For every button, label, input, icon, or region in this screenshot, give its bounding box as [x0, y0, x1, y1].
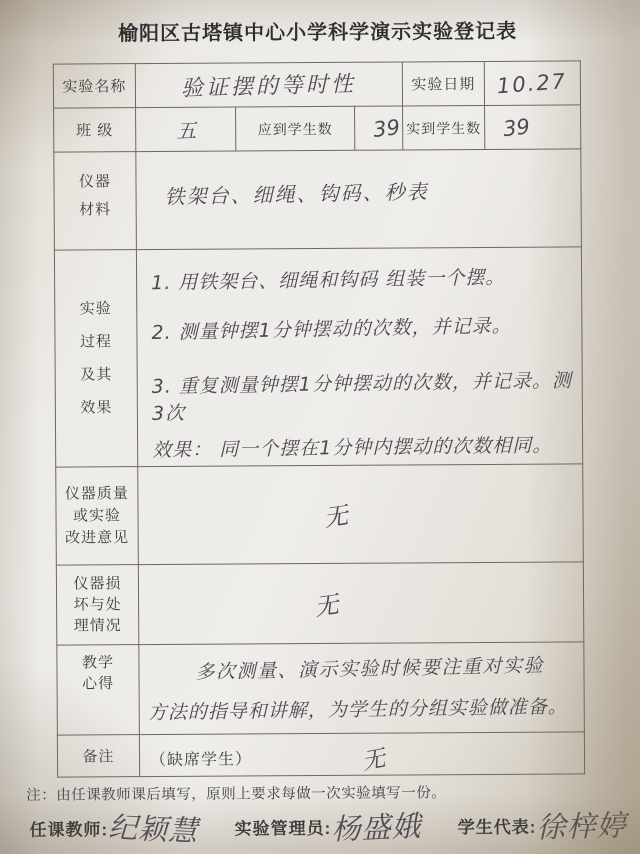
form-title: 榆阳区古塔镇中心小学科学演示实验登记表: [0, 14, 638, 47]
teacher-label: 任课教师:: [29, 807, 108, 840]
teacher-signature: 纪颖慧: [107, 805, 199, 850]
experiment-form-table: 实验名称 验证摆的等时性 实验日期 10.27 班 级 五 应到学生数 39: [53, 60, 585, 777]
row-process: 实验 过程 及其 效果 1. 用铁架台、细绳和钩码 组装一个摆。 2. 测量钟摆…: [54, 247, 582, 467]
materials-label: 仪器 材料: [54, 152, 137, 250]
expected-students-cell: 39: [355, 106, 403, 150]
damage-value: 无: [312, 584, 341, 622]
reflection-line: 多次测量、演示实验时候要注重对实验: [195, 650, 583, 685]
experiment-name-cell: 验证摆的等时性: [135, 62, 402, 108]
row-reflection: 教学 心得 多次测量、演示实验时候要注重对实验 方法的指导和讲解，为学生的分组实…: [57, 642, 585, 735]
class-value: 五: [175, 114, 196, 144]
experiment-date-label: 实验日期: [402, 61, 484, 106]
expected-students-label: 应到学生数: [236, 106, 355, 151]
paper-sheet: 榆阳区古塔镇中心小学科学演示实验登记表 实验名称 验证摆的等时性 实验日期 10…: [0, 0, 640, 854]
class-label: 班 级: [54, 108, 136, 153]
reflection-line: 方法的指导和讲解，为学生的分组实验做准备。: [148, 691, 584, 724]
quality-label: 仪器质量 或实验 改进意见: [56, 467, 139, 565]
manager-signature-group: 实验管理员: 杨盛娥: [234, 805, 421, 847]
experiment-date-cell: 10.27: [484, 61, 580, 106]
actual-students-value: 39: [502, 114, 531, 141]
row-quality: 仪器质量 或实验 改进意见 无: [56, 464, 584, 565]
row-remarks: 备注 （缺席学生） 无: [57, 732, 584, 777]
materials-cell: 铁架台、细绳、钩码、秒表: [136, 149, 582, 250]
student-signature-group: 学生代表: 徐梓婷: [458, 804, 627, 846]
experiment-name-value: 验证摆的等时性: [181, 67, 357, 103]
reflection-cell: 多次测量、演示实验时候要注重对实验 方法的指导和讲解，为学生的分组实验做准备。: [139, 642, 585, 735]
remarks-printed-text: （缺席学生）: [140, 746, 252, 770]
footnote: 注：由任课教师课后填写，原则上要求每做一次实验填写一份。: [26, 781, 446, 805]
teacher-signature-group: 任课教师: 纪颖慧: [29, 807, 198, 849]
expected-students-value: 39: [372, 115, 401, 142]
row-materials: 仪器 材料 铁架台、细绳、钩码、秒表: [54, 149, 582, 250]
manager-label: 实验管理员:: [234, 806, 331, 840]
damage-cell: 无: [138, 562, 583, 645]
process-line: 1. 用铁架台、细绳和钩码 组装一个摆。: [151, 261, 575, 295]
student-signature: 徐梓婷: [536, 803, 627, 846]
row-damage: 仪器损 坏与处 理情况 无: [56, 562, 583, 645]
remarks-value: 无: [359, 740, 388, 777]
actual-students-label: 实到学生数: [403, 105, 485, 150]
materials-value: 铁架台、细绳、钩码、秒表: [164, 173, 580, 210]
actual-students-cell: 39: [485, 105, 581, 150]
reflection-label: 教学 心得: [57, 645, 140, 735]
student-label: 学生代表:: [458, 805, 537, 838]
remarks-label: 备注: [57, 735, 139, 778]
remarks-cell: （缺席学生） 无: [139, 732, 584, 777]
process-line: 3. 重复测量钟摆1分钟摆动的次数，并记录。测3次: [151, 366, 576, 426]
class-cell: 五: [136, 107, 236, 152]
process-label: 实验 过程 及其 效果: [54, 250, 137, 467]
row-experiment-name: 实验名称 验证摆的等时性 实验日期 10.27: [53, 61, 580, 108]
quality-cell: 无: [138, 464, 584, 565]
experiment-name-label: 实验名称: [53, 64, 135, 109]
signature-row: 任课教师: 纪颖慧 实验管理员: 杨盛娥 学生代表: 徐梓婷: [2, 804, 640, 849]
manager-signature: 杨盛娥: [330, 804, 422, 849]
quality-value: 无: [321, 495, 350, 533]
experiment-date-value: 10.27: [497, 69, 569, 98]
row-class-counts: 班 级 五 应到学生数 39 实到学生数 39: [54, 105, 581, 152]
process-cell: 1. 用铁架台、细绳和钩码 组装一个摆。 2. 测量钟摆1分钟摆动的次数，并记录…: [136, 247, 582, 467]
damage-label: 仪器损 坏与处 理情况: [56, 565, 138, 645]
photographed-form: 榆阳区古塔镇中心小学科学演示实验登记表 实验名称 验证摆的等时性 实验日期 10…: [0, 0, 640, 854]
process-line: 效果： 同一个摆在1分钟内摆动的次数相同。: [152, 430, 576, 463]
process-line: 2. 测量钟摆1分钟摆动的次数，并记录。: [151, 309, 575, 345]
